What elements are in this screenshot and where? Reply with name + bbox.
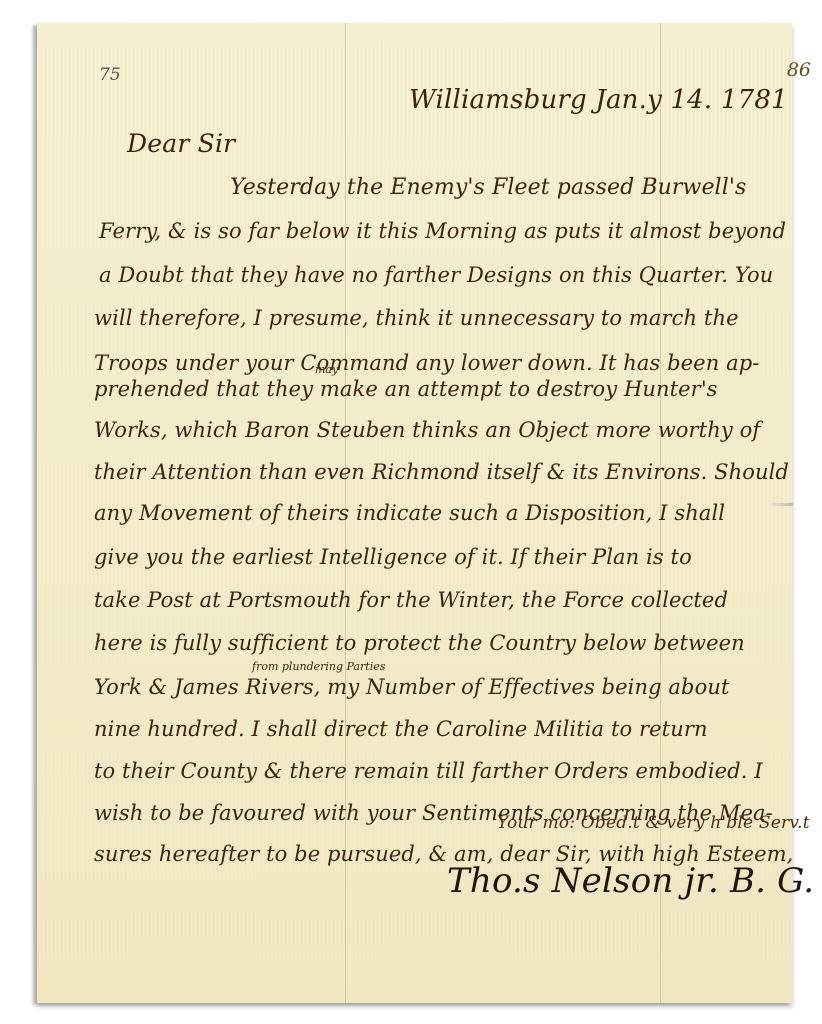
body-line: Troops under your Command any lower down…: [94, 351, 822, 375]
body-line: take Post at Portsmouth for the Winter, …: [94, 588, 822, 612]
folio-number-left: 75: [99, 65, 121, 85]
dateline: Williamsburg Jan.y 14. 1781: [409, 85, 788, 115]
complimentary-closing: Your mo: Obed.t & very h'ble Serv.t: [497, 813, 810, 833]
salutation: Dear Sir: [127, 129, 235, 158]
body-line: give you the earliest Intelligence of it…: [94, 545, 822, 569]
body-line: any Movement of theirs indicate such a D…: [94, 501, 822, 525]
body-line: Works, which Baron Steuben thinks an Obj…: [94, 418, 822, 442]
body-line: will therefore, I presume, think it unne…: [94, 306, 822, 330]
signature: Tho.s Nelson jr. B. G.: [447, 861, 814, 901]
body-line: prehended that they make an attempt to d…: [94, 377, 822, 401]
folio-number-right: 86: [787, 59, 811, 81]
body-line: Yesterday the Enemy's Fleet passed Burwe…: [230, 175, 822, 200]
letter-page: 75 86 Williamsburg Jan.y 14. 1781 Dear S…: [37, 23, 792, 1003]
body-line: nine hundred. I shall direct the Carolin…: [94, 717, 822, 741]
body-line: York & James Rivers, my Number of Effect…: [94, 675, 822, 699]
body-line: their Attention than even Richmond itsel…: [94, 460, 822, 484]
interlinear-insertion: from plundering Parties: [252, 660, 385, 673]
body-line: a Doubt that they have no farther Design…: [99, 263, 822, 287]
body-line: Ferry, & is so far below it this Morning…: [99, 219, 822, 243]
body-line: here is fully sufficient to protect the …: [94, 631, 822, 655]
body-line: to their County & there remain till fart…: [94, 759, 822, 783]
interlinear-insertion: may: [315, 363, 338, 376]
